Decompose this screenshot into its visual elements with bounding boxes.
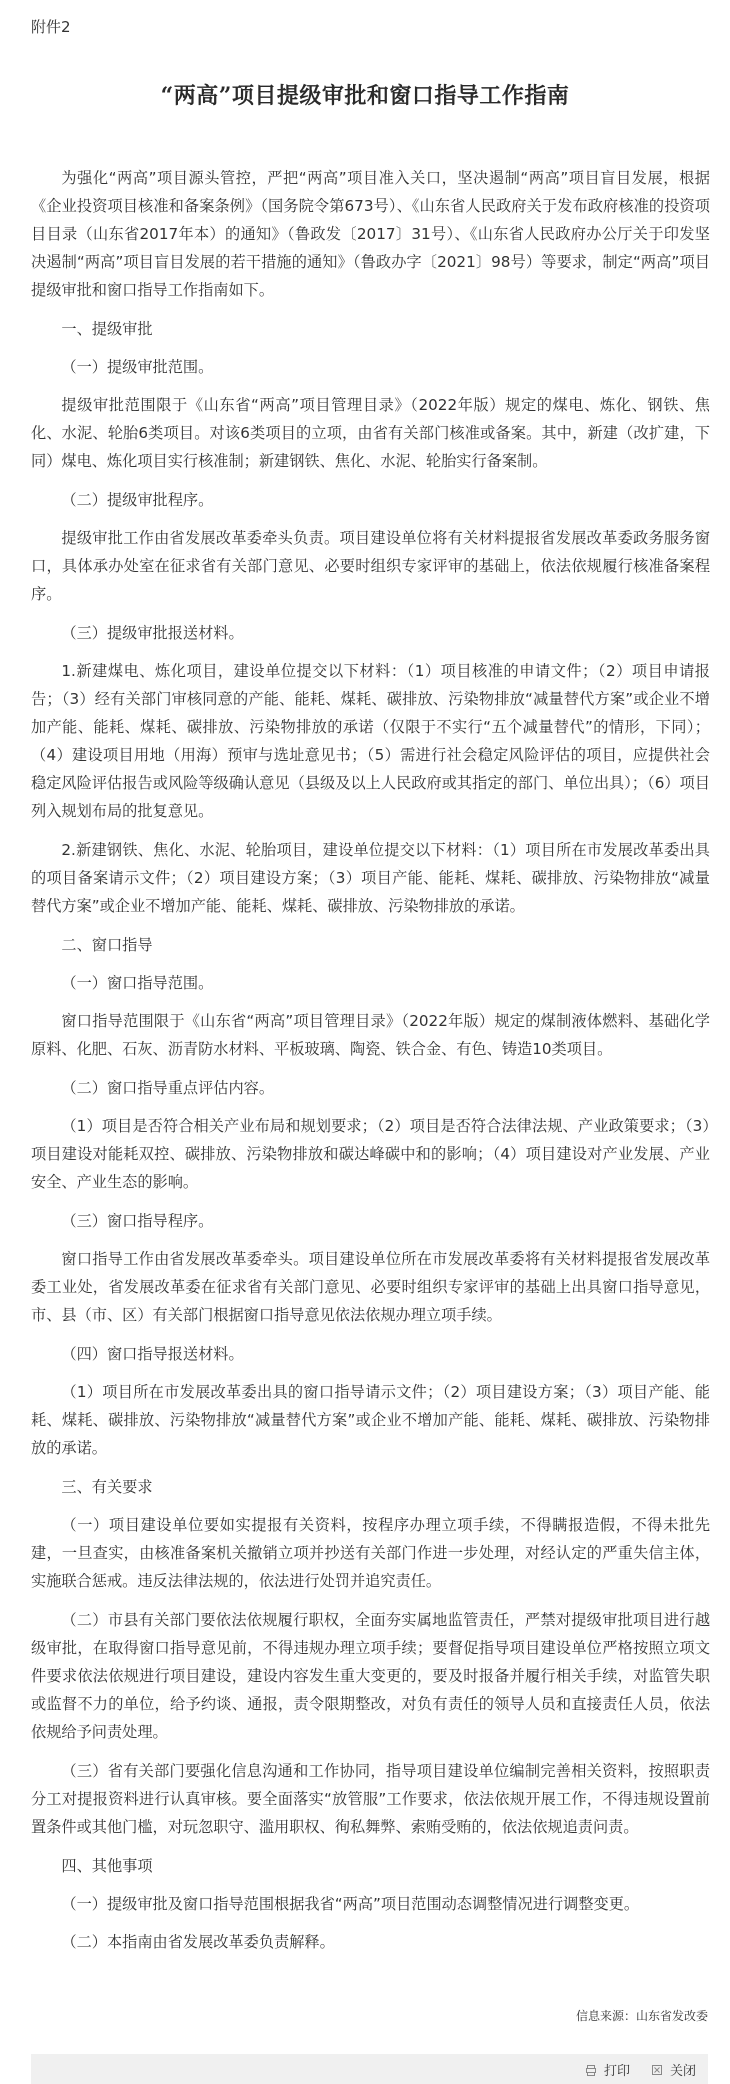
section-heading-3: 三、有关要求 (31, 1473, 710, 1501)
attachment-label: 附件2 (31, 17, 71, 37)
paragraph-2-4: （1）项目所在市发展改革委出具的窗口指导请示文件；（2）项目建设方案；（3）项目… (31, 1378, 710, 1462)
print-icon (586, 2065, 596, 2075)
subsection-heading-1-2: （二）提级审批程序。 (31, 486, 710, 514)
info-source-label: 信息来源： (576, 2009, 636, 2023)
subsection-heading-2-4: （四）窗口指导报送材料。 (31, 1340, 710, 1368)
document-body: 为强化“两高”项目源头管控，严把“两高”项目准入关口，坚决遏制“两高”项目盲目发… (31, 164, 710, 1966)
paragraph-1-2: 提级审批工作由省发展改革委牵头负责。项目建设单位将有关材料提报省发展改革委政务服… (31, 524, 710, 608)
action-group: 打印 关闭 (586, 2060, 696, 2079)
section-heading-4: 四、其他事项 (31, 1852, 710, 1880)
paragraph-4-2: （二）本指南由省发展改革委负责解释。 (31, 1928, 710, 1956)
paragraph-3-1: （一）项目建设单位要如实提报有关资料，按程序办理立项手续，不得瞒报造假，不得未批… (31, 1511, 710, 1595)
close-label: 关闭 (670, 2060, 696, 2079)
paragraph-1-3-2: 2.新建钢铁、焦化、水泥、轮胎项目，建设单位提交以下材料：（1）项目所在市发展改… (31, 836, 710, 920)
paragraph-3-3: （三）省有关部门要强化信息沟通和工作协同，指导项目建设单位编制完善相关资料，按照… (31, 1757, 710, 1841)
paragraph-1-3-1: 1.新建煤电、炼化项目，建设单位提交以下材料：（1）项目核准的申请文件；（2）项… (31, 657, 710, 825)
paragraph-4-1: （一）提级审批及窗口指导范围根据我省“两高”项目范围动态调整情况进行调整变更。 (31, 1890, 710, 1918)
intro-paragraph: 为强化“两高”项目源头管控，严把“两高”项目准入关口，坚决遏制“两高”项目盲目发… (31, 164, 710, 304)
section-heading-2: 二、窗口指导 (31, 931, 710, 959)
print-button[interactable]: 打印 (586, 2060, 630, 2079)
document-title: “两高”项目提级审批和窗口指导工作指南 (0, 81, 730, 111)
info-source: 信息来源：山东省发改委 (576, 2008, 708, 2024)
subsection-heading-1-3: （三）提级审批报送材料。 (31, 619, 710, 647)
subsection-heading-2-3: （三）窗口指导程序。 (31, 1207, 710, 1235)
action-bar: 打印 关闭 (31, 2054, 708, 2084)
info-source-value: 山东省发改委 (636, 2009, 708, 2023)
print-label: 打印 (604, 2060, 630, 2079)
close-icon (652, 2065, 662, 2075)
paragraph-3-2: （二）市县有关部门要依法依规履行职权，全面夯实属地监管责任，严禁对提级审批项目进… (31, 1606, 710, 1746)
subsection-heading-2-2: （二）窗口指导重点评估内容。 (31, 1074, 710, 1102)
close-button[interactable]: 关闭 (652, 2060, 696, 2079)
subsection-heading-2-1: （一）窗口指导范围。 (31, 969, 710, 997)
paragraph-2-3: 窗口指导工作由省发展改革委牵头。项目建设单位所在市发展改革委将有关材料提报省发展… (31, 1245, 710, 1329)
subsection-heading-1-1: （一）提级审批范围。 (31, 353, 710, 381)
paragraph-2-1: 窗口指导范围限于《山东省“两高”项目管理目录》（2022年版）规定的煤制液体燃料… (31, 1007, 710, 1063)
paragraph-2-2: （1）项目是否符合相关产业布局和规划要求；（2）项目是否符合法律法规、产业政策要… (31, 1112, 710, 1196)
section-heading-1: 一、提级审批 (31, 315, 710, 343)
paragraph-1-1: 提级审批范围限于《山东省“两高”项目管理目录》（2022年版）规定的煤电、炼化、… (31, 391, 710, 475)
